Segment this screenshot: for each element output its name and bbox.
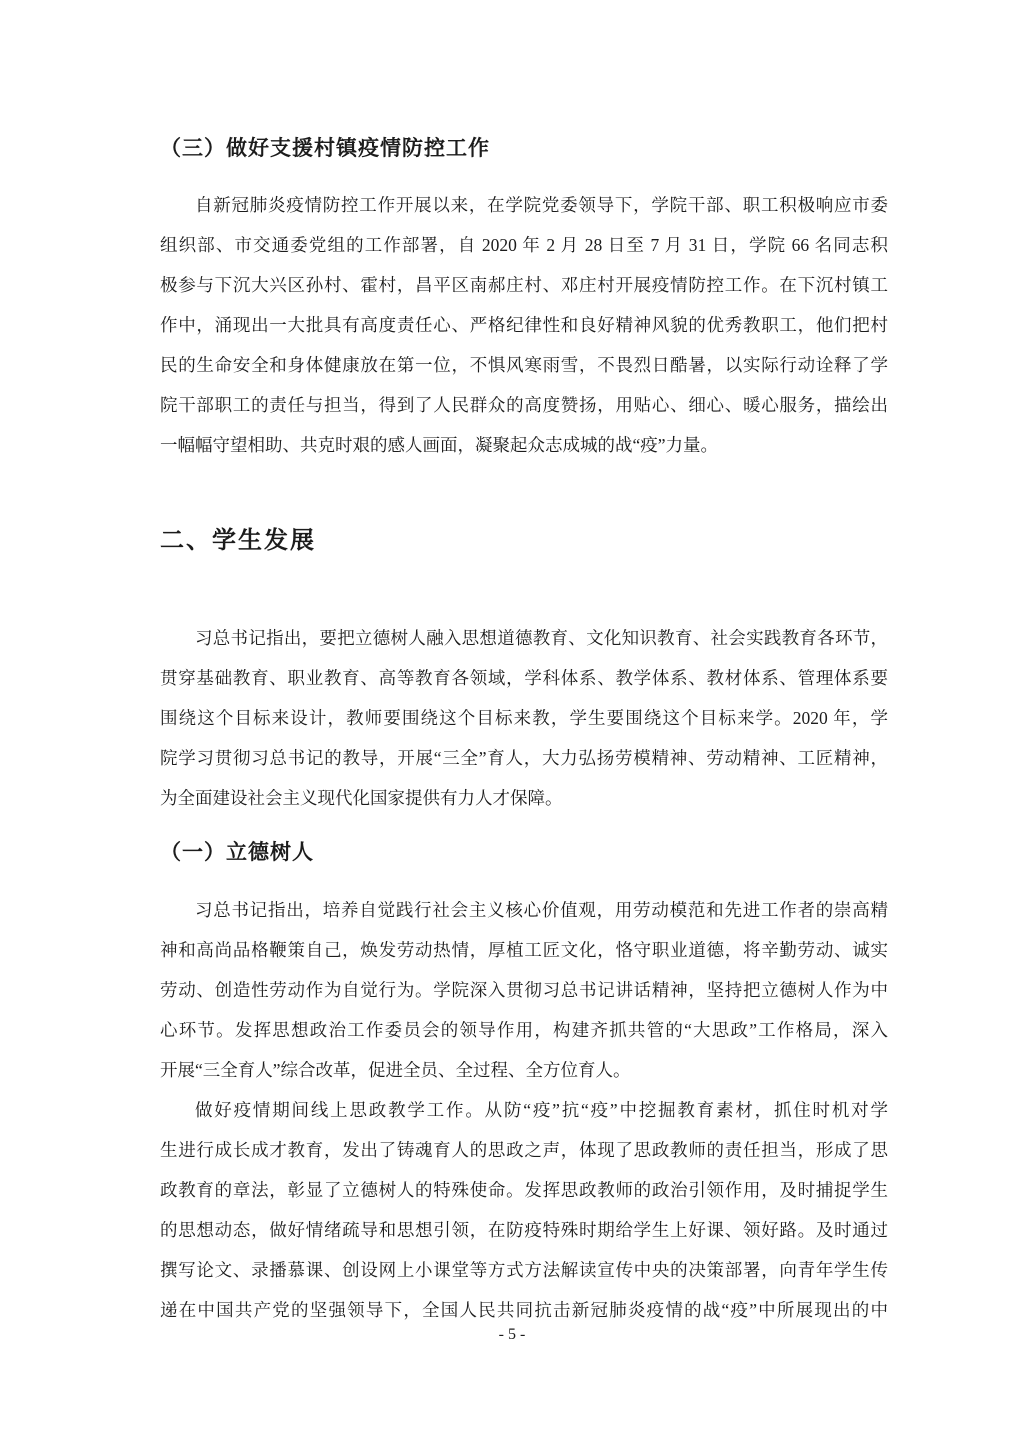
paragraph-line: 的思想动态，做好情绪疏导和思想引领，在防疫特殊时期给学生上好课、领好路。及时通过 [160, 1210, 888, 1250]
paragraph-line: 习总书记指出，要把立德树人融入思想道德教育、文化知识教育、社会实践教育各环节， [160, 618, 888, 658]
paragraph-line: 心环节。发挥思想政治工作委员会的领导作用，构建齐抓共管的“大思政”工作格局，深入 [160, 1010, 888, 1050]
paragraph-line: 民的生命安全和身体健康放在第一位，不惧风寒雨雪，不畏烈日酷暑，以实际行动诠释了学 [160, 345, 888, 385]
heading-support-villages: （三）做好支援村镇疫情防控工作 [160, 134, 888, 164]
page-number: - 5 - [0, 1322, 1024, 1348]
paragraph-line: 神和高尚品格鞭策自己，焕发劳动热情，厚植工匠文化，恪守职业道德，将辛勤劳动、诚实 [160, 930, 888, 970]
paragraph-line: 政教育的章法，彰显了立德树人的特殊使命。发挥思政教师的政治引领作用，及时捕捉学生 [160, 1170, 888, 1210]
paragraph-line: 极参与下沉大兴区孙村、霍村，昌平区南郝庄村、邓庄村开展疫情防控工作。在下沉村镇工 [160, 265, 888, 305]
paragraph-line: 一幅幅守望相助、共克时艰的感人画面，凝聚起众志成城的战“疫”力量。 [160, 425, 888, 465]
paragraph-line: 劳动、创造性劳动作为自觉行为。学院深入贯彻习总书记讲话精神，坚持把立德树人作为中 [160, 970, 888, 1010]
paragraph-online-ideology-teaching: 做好疫情期间线上思政教学工作。从防“疫”抗“疫”中挖掘教育素材，抓住时机对学 生… [160, 1090, 888, 1330]
paragraph-line: 做好疫情期间线上思政教学工作。从防“疫”抗“疫”中挖掘教育素材，抓住时机对学 [160, 1090, 888, 1130]
paragraph-epidemic-support: 自新冠肺炎疫情防控工作开展以来，在学院党委领导下，学院干部、职工积极响应市委 组… [160, 185, 888, 465]
paragraph-line: 贯穿基础教育、职业教育、高等教育各领域，学科体系、教学体系、教材体系、管理体系要 [160, 658, 888, 698]
paragraph-line: 习总书记指出，培养自觉践行社会主义核心价值观，用劳动模范和先进工作者的崇高精 [160, 890, 888, 930]
paragraph-lide-shuren-intro: 习总书记指出，要把立德树人融入思想道德教育、文化知识教育、社会实践教育各环节， … [160, 618, 888, 818]
paragraph-line: 组织部、市交通委党组的工作部署，自 2020 年 2 月 28 日至 7 月 3… [160, 225, 888, 265]
paragraph-line: 院学习贯彻习总书记的教导，开展“三全”育人，大力弘扬劳模精神、劳动精神、工匠精神… [160, 738, 888, 778]
paragraph-line: 围绕这个目标来设计，教师要围绕这个目标来教，学生要围绕这个目标来学。2020 年… [160, 698, 888, 738]
paragraph-line: 院干部职工的责任与担当，得到了人民群众的高度赞扬，用贴心、细心、暖心服务，描绘出 [160, 385, 888, 425]
paragraph-line: 开展“三全育人”综合改革，促进全员、全过程、全方位育人。 [160, 1050, 888, 1090]
heading-lide-shuren: （一）立德树人 [160, 838, 888, 868]
paragraph-line: 撰写论文、录播慕课、创设网上小课堂等方式方法解读宣传中央的决策部署，向青年学生传 [160, 1250, 888, 1290]
paragraph-line: 作中，涌现出一大批具有高度责任心、严格纪律性和良好精神风貌的优秀教职工，他们把村 [160, 305, 888, 345]
paragraph-line: 自新冠肺炎疫情防控工作开展以来，在学院党委领导下，学院干部、职工积极响应市委 [160, 185, 888, 225]
heading-student-development: 二、学生发展 [160, 523, 888, 559]
paragraph-line: 生进行成长成才教育，发出了铸魂育人的思政之声，体现了思政教师的责任担当，形成了思 [160, 1130, 888, 1170]
document-page: （三）做好支援村镇疫情防控工作 自新冠肺炎疫情防控工作开展以来，在学院党委领导下… [0, 0, 1024, 1448]
paragraph-core-values: 习总书记指出，培养自觉践行社会主义核心价值观，用劳动模范和先进工作者的崇高精 神… [160, 890, 888, 1090]
paragraph-line: 为全面建设社会主义现代化国家提供有力人才保障。 [160, 778, 888, 818]
